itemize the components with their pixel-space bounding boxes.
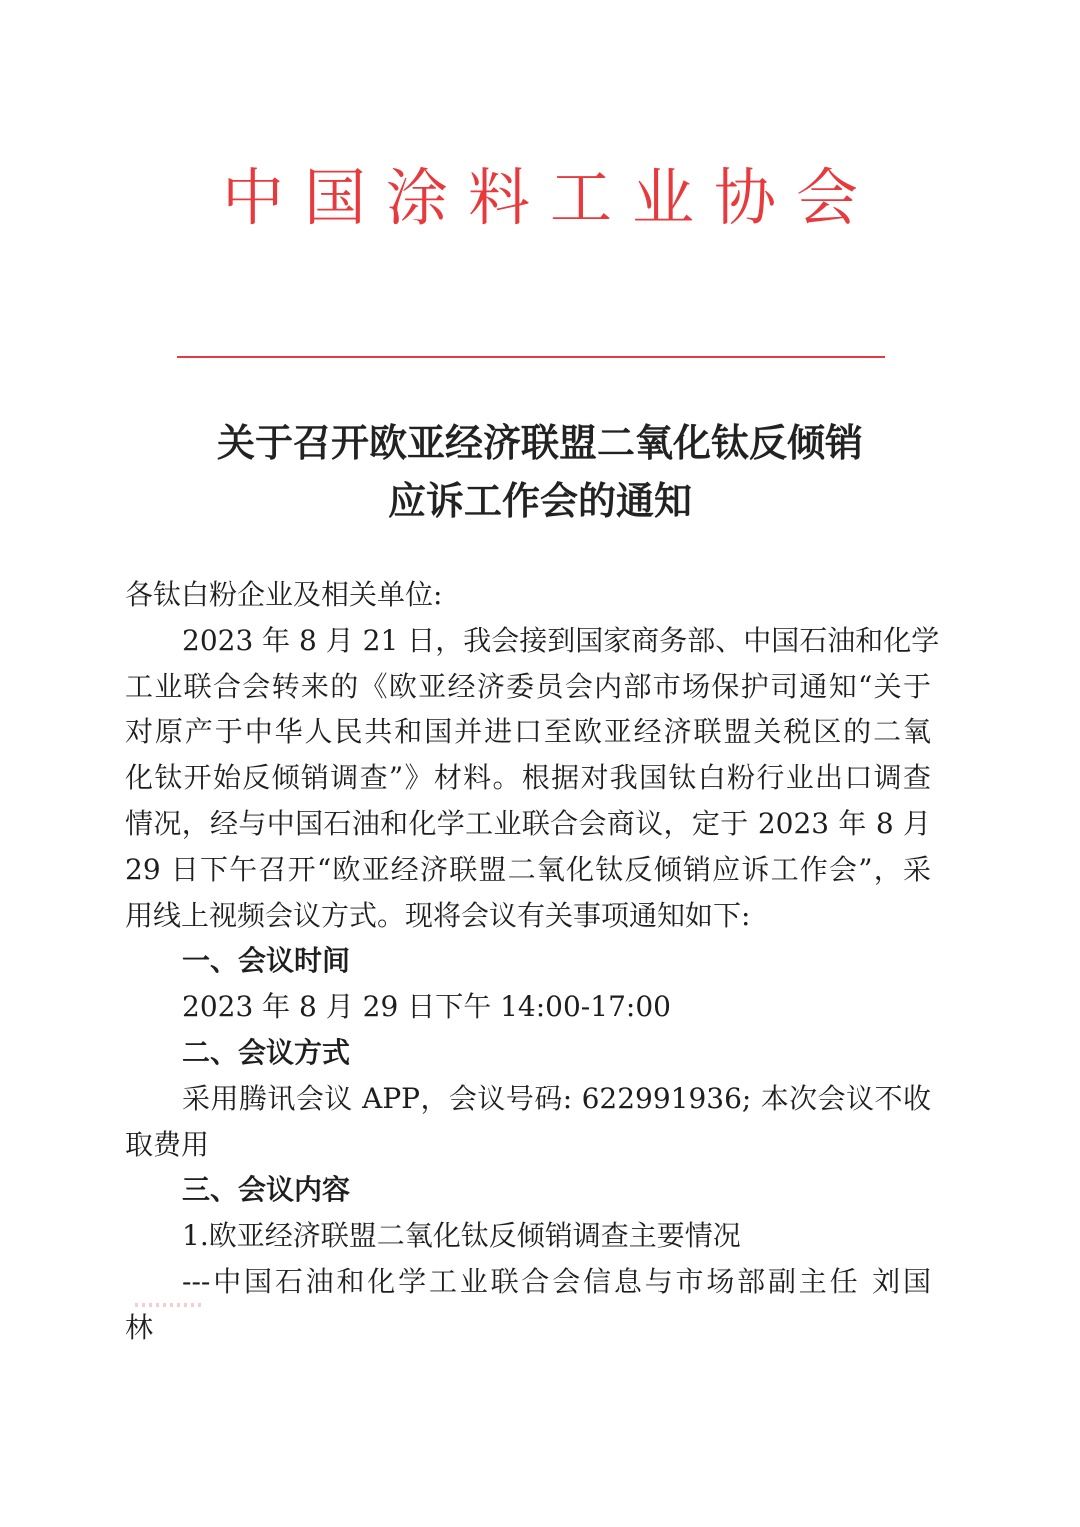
meeting-method-text: 采用腾讯会议 APP，会议号码: 622991936; 本次会议不收: [125, 1076, 931, 1122]
agenda-item-1: 1.欧亚经济联盟二氧化钛反倾销调查主要情况: [125, 1213, 931, 1259]
intro-paragraph-line: 化钛开始反倾销调查”》材料。根据对我国钛白粉行业出口调查: [125, 755, 931, 801]
meeting-time-text: 2023 年 8 月 29 日下午 14:00-17:00: [125, 984, 931, 1030]
intro-paragraph-line: 对原产于中华人民共和国并进口至欧亚经济联盟关税区的二氧: [125, 709, 931, 755]
section-heading-method: 二、会议方式: [125, 1030, 931, 1076]
agenda-item-1-speaker: 林: [125, 1305, 931, 1351]
intro-paragraph-line: 用线上视频会议方式。现将会议有关事项通知如下:: [125, 893, 931, 939]
section-heading-time: 一、会议时间: [125, 938, 931, 984]
document-title: 关于召开欧亚经济联盟二氧化钛反倾销 应诉工作会的通知: [0, 414, 1080, 530]
document-title-line-1: 关于召开欧亚经济联盟二氧化钛反倾销: [0, 414, 1080, 472]
letterhead-divider: [177, 356, 885, 358]
section-heading-content: 三、会议内容: [125, 1167, 931, 1213]
agenda-item-1-speaker: ---中国石油和化学工业联合会信息与市场部副主任 刘国: [125, 1259, 931, 1305]
intro-paragraph-line: 29 日下午召开“欧亚经济联盟二氧化钛反倾销应诉工作会”，采: [125, 847, 931, 893]
salutation: 各钛白粉企业及相关单位:: [125, 572, 931, 618]
intro-paragraph-line: 工业联合会转来的《欧亚经济委员会内部市场保护司通知“关于: [125, 664, 931, 710]
intro-paragraph-line: 情况，经与中国石油和化学工业联合会商议，定于 2023 年 8 月: [125, 801, 931, 847]
document-body: 各钛白粉企业及相关单位: 2023 年 8 月 21 日，我会接到国家商务部、中…: [125, 572, 931, 1351]
document-title-line-2: 应诉工作会的通知: [0, 472, 1080, 530]
intro-paragraph-line: 2023 年 8 月 21 日，我会接到国家商务部、中国石油和化学: [125, 618, 931, 664]
faint-stamp-mark: [135, 1303, 205, 1307]
organization-letterhead: 中国涂料工业协会: [0, 158, 1080, 238]
meeting-method-text: 取费用: [125, 1122, 931, 1168]
